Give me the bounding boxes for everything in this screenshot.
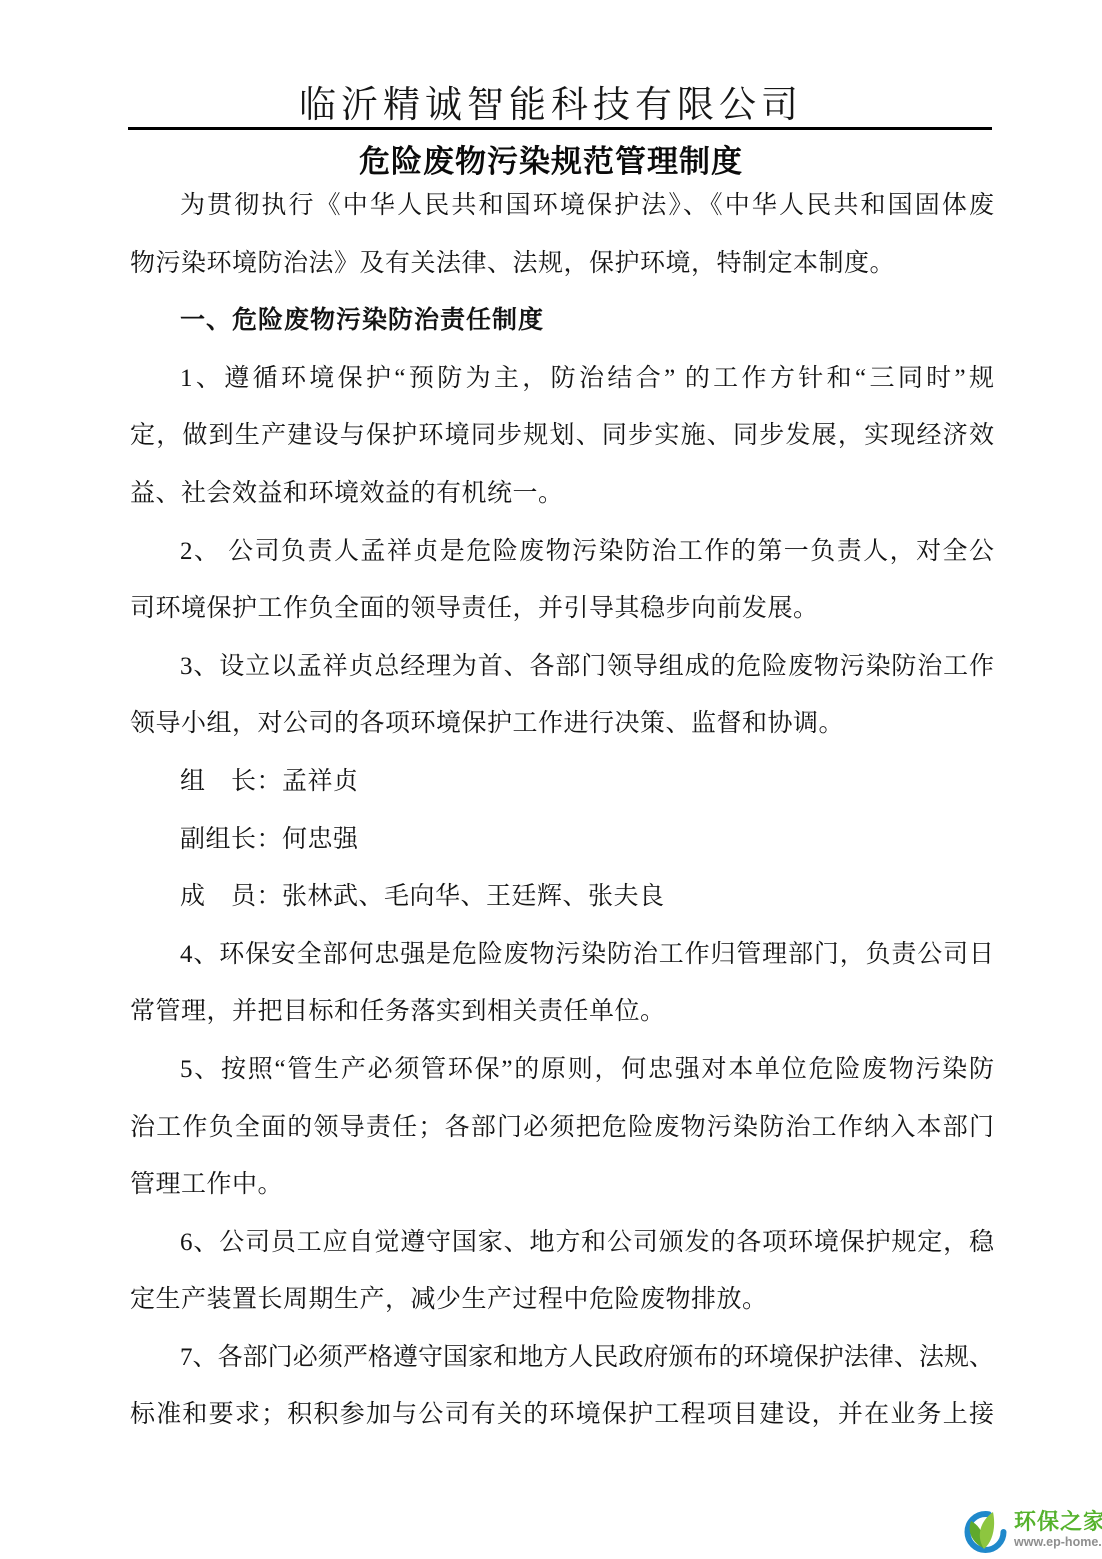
doc-line: 物污染环境防治法》及有关法律、法规，保护环境，特制定本制度。 [130,235,994,293]
doc-line: 为贯彻执行《中华人民共和国环境保护法》、《中华人民共和国固体废 [130,177,994,235]
members-line: 成 员：张林武、毛向华、王廷辉、张夫良 [130,868,994,926]
doc-line: 定，做到生产建设与保护环境同步规划、同步实施、同步发展，实现经济效 [130,407,994,465]
doc-line: 6、公司员工应自觉遵守国家、地方和公司颁发的各项环境保护规定，稳 [130,1214,994,1272]
doc-line: 管理工作中。 [130,1156,994,1214]
watermark-site-url: www.ep-home.cn [1014,1536,1102,1549]
doc-line: 标准和要求；积积参加与公司有关的环境保护工程项目建设，并在业务上接 [130,1386,994,1444]
doc-line: 定生产装置长周期生产，减少生产过程中危险废物排放。 [130,1271,994,1329]
doc-line: 3、设立以孟祥贞总经理为首、各部门领导组成的危险废物污染防治工作 [130,638,994,696]
doc-line: 常管理，并把目标和任务落实到相关责任单位。 [130,983,994,1041]
watermark-text: 环保之家 www.ep-home.cn [1014,1508,1102,1549]
doc-line: 2、 公司负责人孟祥贞是危险废物污染防治工作的第一负责人，对全公 [130,523,994,581]
header-divider-line [128,127,992,130]
vice-leader-line: 副组长：何忠强 [130,811,994,869]
doc-line: 4、环保安全部何忠强是危险废物污染防治工作归管理部门，负责公司日 [130,926,994,984]
section-heading: 一、危险废物污染防治责任制度 [130,292,994,350]
doc-line: 治工作负全面的领导责任；各部门必须把危险废物污染防治工作纳入本部门 [130,1099,994,1157]
ep-home-watermark: 环保之家 www.ep-home.cn [962,1508,1102,1555]
doc-line: 领导小组，对公司的各项环境保护工作进行决策、监督和协调。 [130,695,994,753]
doc-line: 7、各部门必须严格遵守国家和地方人民政府颁布的环境保护法律、法规、 [130,1329,994,1387]
doc-line: 益、社会效益和环境效益的有机统一。 [130,465,994,523]
doc-line: 司环境保护工作负全面的领导责任，并引导其稳步向前发展。 [130,580,994,638]
leaf-circle-icon [962,1508,1009,1555]
company-name-header: 临沂精诚智能科技有限公司 [0,74,1102,128]
document-body: 为贯彻执行《中华人民共和国环境保护法》、《中华人民共和国固体废 物污染环境防治法… [130,177,994,1444]
watermark-site-name: 环保之家 [1014,1511,1102,1533]
document-title: 危险废物污染规范管理制度 [0,136,1102,181]
doc-line: 5、按照“管生产必须管环保”的原则，何忠强对本单位危险废物污染防 [130,1041,994,1099]
document-page: 临沂精诚智能科技有限公司 危险废物污染规范管理制度 为贯彻执行《中华人民共和国环… [0,0,1102,1559]
doc-line: 1、遵循环境保护“预防为主，防治结合” 的工作方针和“三同时”规 [130,350,994,408]
leader-line: 组 长：孟祥贞 [130,753,994,811]
